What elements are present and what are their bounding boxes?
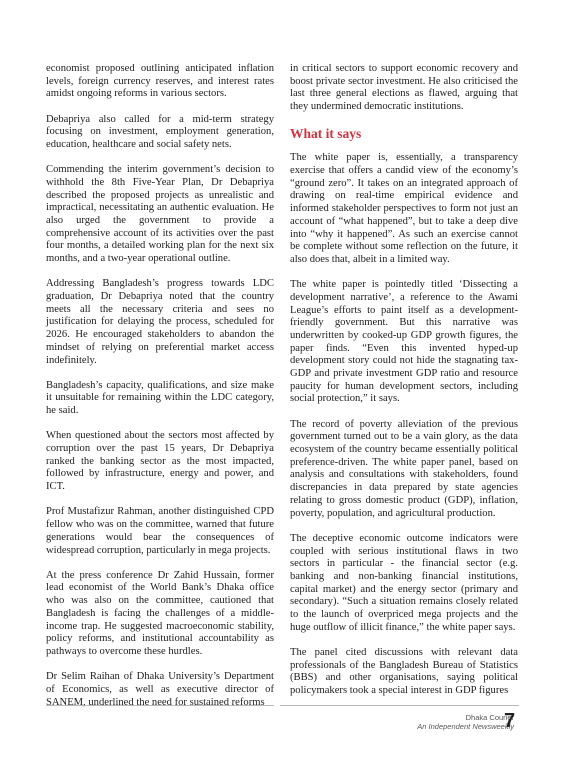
right-column: in critical sectors to support economic …	[290, 63, 518, 710]
body-paragraph: economist proposed outlining anticipated…	[46, 63, 274, 101]
body-paragraph: At the press conference Dr Zahid Hussain…	[46, 570, 274, 659]
body-paragraph: Dr Selim Raihan of Dhaka University’s De…	[46, 671, 274, 709]
body-paragraph: The white paper is, essentially, a trans…	[290, 152, 518, 266]
body-paragraph: Prof Mustafizur Rahman, another distingu…	[46, 506, 274, 557]
magazine-page: economist proposed outlining anticipated…	[0, 0, 576, 770]
section-heading: What it says	[290, 126, 518, 142]
page-number: 7	[504, 711, 515, 731]
publication-name: Dhaka Courier	[417, 713, 514, 722]
body-paragraph: Debapriya also called for a mid-term str…	[46, 114, 274, 152]
footer-divider-right	[280, 705, 519, 706]
body-paragraph: in critical sectors to support economic …	[290, 63, 518, 114]
body-paragraph: The white paper is pointedly titled ‘Dis…	[290, 279, 518, 406]
body-paragraph: The deceptive economic outcome indicator…	[290, 533, 518, 635]
body-paragraph: The panel cited discussions with relevan…	[290, 647, 518, 698]
left-column: economist proposed outlining anticipated…	[46, 63, 274, 722]
body-paragraph: Bangladesh’s capacity, qualifications, a…	[46, 380, 274, 418]
body-paragraph: When questioned about the sectors most a…	[46, 430, 274, 494]
body-paragraph: The record of poverty alleviation of the…	[290, 419, 518, 521]
body-paragraph: Addressing Bangladesh’s progress towards…	[46, 278, 274, 367]
footer-masthead: Dhaka Courier An Independent Newsweekly	[417, 713, 514, 731]
body-paragraph: Commending the interim government’s deci…	[46, 164, 274, 266]
footer-divider-left	[46, 705, 274, 706]
publication-tagline: An Independent Newsweekly	[417, 722, 514, 731]
